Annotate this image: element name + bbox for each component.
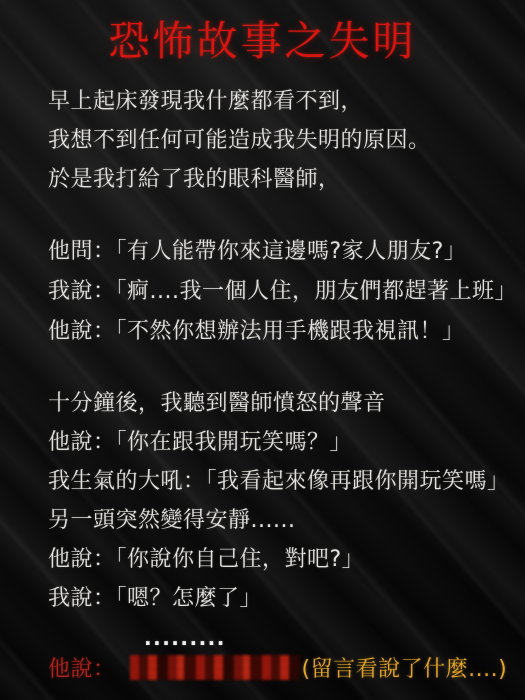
story-line: 我說：「痾....我一個人住，朋友們都趕著上班」 — [48, 272, 525, 312]
paragraph-dialogue-1: 他問：「有人能帶你來這邊嗎?家人朋友?」 我說：「痾....我一個人住，朋友們都… — [48, 232, 525, 352]
story-line: 十分鐘後，我聽到醫師憤怒的聲音 — [48, 384, 525, 423]
final-punchline: 他說： (留言看說了什麼....) — [48, 652, 507, 683]
story-image-page: 恐怖故事之失明 早上起床發現我什麼都看不到， 我想不到任何可能造成我失明的原因。… — [0, 0, 525, 700]
story-line: 早上起床發現我什麼都看不到， — [48, 82, 525, 121]
paragraph-dialogue-2: 十分鐘後，我聽到醫師憤怒的聲音 他說：「你在跟我開玩笑嗎？」 我生氣的大吼：「我… — [48, 384, 525, 618]
story-line: 他說：「你說你自己住，對吧?」 — [48, 540, 525, 579]
story-line: 我想不到任何可能造成我失明的原因。 — [48, 121, 525, 160]
story-line: 他說：「你在跟我開玩笑嗎？」 — [48, 423, 525, 462]
final-speaker-label: 他說： — [48, 652, 116, 683]
story-line: 於是我打給了我的眼科醫師， — [48, 160, 525, 199]
ellipsis-pause-line: ......... — [144, 626, 226, 650]
comments-hint-text: (留言看說了什麼....) — [302, 652, 508, 683]
censored-mosaic-text — [130, 655, 300, 680]
story-line: 他問：「有人能帶你來這邊嗎?家人朋友?」 — [48, 232, 525, 272]
paragraph-intro: 早上起床發現我什麼都看不到， 我想不到任何可能造成我失明的原因。 於是我打給了我… — [48, 82, 525, 199]
story-line: 我說：「嗯？怎麼了」 — [48, 579, 525, 618]
story-line: 我生氣的大吼：「我看起來像再跟你開玩笑嗎」 — [48, 462, 525, 501]
story-line: 另一頭突然變得安靜...... — [48, 501, 525, 540]
story-line: 他說：「不然你想辦法用手機跟我視訊！」 — [48, 312, 525, 352]
story-title: 恐怖故事之失明 — [0, 8, 525, 67]
